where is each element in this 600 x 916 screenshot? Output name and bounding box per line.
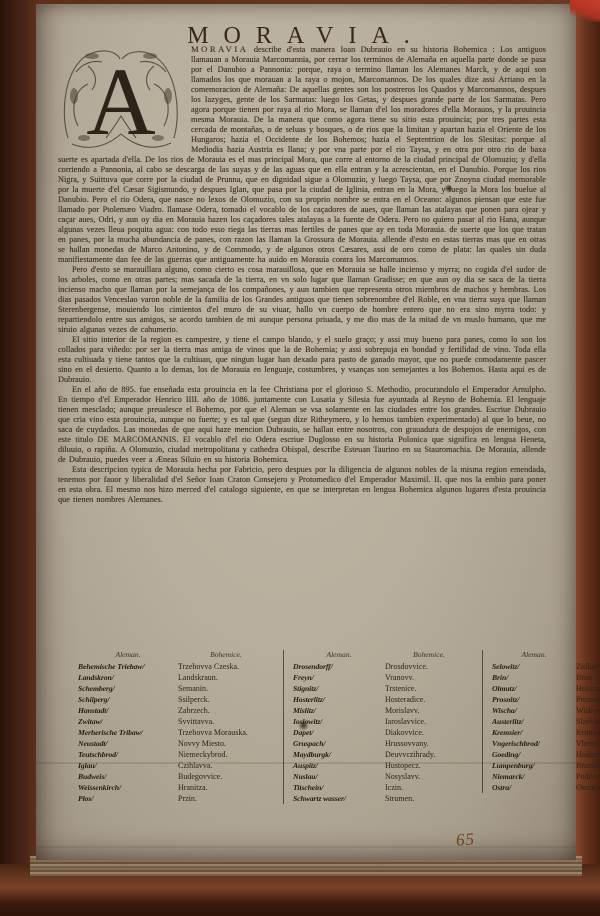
german-placename: Stignitz/ xyxy=(293,683,385,694)
table-row: Schemberg/ Semanin. xyxy=(78,683,274,694)
table-row: Nuslau/ Nosyslavv. xyxy=(293,771,473,782)
paragraph-1: A MORAVIA describe d'esta manera Ioan Du… xyxy=(58,44,546,265)
german-column-header: Aleman. xyxy=(293,650,385,659)
german-placename: Weissenkirch/ xyxy=(78,782,178,793)
table-row: Teutschbrod/ Niemeckybrod. xyxy=(78,749,274,760)
drop-cap-letter: A xyxy=(86,48,155,150)
bohemian-placename: Diakovvice. xyxy=(385,727,473,738)
table-group-2: Aleman. Bohemice. Drosendorff/ Drosdovvi… xyxy=(283,650,473,804)
bohemian-placename: Vherskybrod. xyxy=(576,738,600,749)
table-row: Mislitz/ Morislavv. xyxy=(293,705,473,716)
table-row: Drosendorff/ Drosdovvice. xyxy=(293,661,473,672)
bohemian-placename: Hodonin. xyxy=(576,749,600,760)
table-row: Landskron/ Landskraun. xyxy=(78,672,274,683)
bohemian-placename: Drosdovvice. xyxy=(385,661,473,672)
bohemian-placename: Niemeckybrod. xyxy=(178,749,274,760)
table-group-2-header: Aleman. Bohemice. xyxy=(293,650,473,659)
german-placename: Kremsier/ xyxy=(492,727,576,738)
bohemian-placename: Nosyslavv. xyxy=(385,771,473,782)
table-row: Stignitz/ Trstenice. xyxy=(293,683,473,694)
foxing-stain xyxy=(136,244,196,274)
table-row: Zwitaw/ Svvittavva. xyxy=(78,716,274,727)
bohemian-column-header: Bohemice. xyxy=(385,650,473,659)
bohemian-column-header: Bohemice. xyxy=(576,650,600,659)
german-placename: Teutschbrod/ xyxy=(78,749,178,760)
table-row: Vngerischbrod/ Vherskybrod. xyxy=(492,738,600,749)
german-placename: Ostra/ xyxy=(492,782,576,793)
body-text-block: A MORAVIA describe d'esta manera Ioan Du… xyxy=(58,44,546,644)
bohemian-placename: Svvittavva. xyxy=(178,716,274,727)
table-row: Olmutz/ Holomauc. xyxy=(492,683,600,694)
german-placename: Landskron/ xyxy=(78,672,178,683)
bohemian-placename: Ostracia. xyxy=(576,782,600,793)
german-placename: Mislitz/ xyxy=(293,705,385,716)
german-placename: Nuslau/ xyxy=(293,771,385,782)
bohemian-placename: Brno. xyxy=(576,672,600,683)
bohemian-placename: Iczin. xyxy=(385,782,473,793)
bohemian-placename: Przin. xyxy=(178,793,274,804)
table-row: Hanstadt/ Zabrzech. xyxy=(78,705,274,716)
german-placename: Zwitaw/ xyxy=(78,716,178,727)
german-placename: Plos/ xyxy=(78,793,178,804)
bohemian-placename: Semanin. xyxy=(178,683,274,694)
paragraph-5: Esta descripcion typica de Morauia hecha… xyxy=(58,465,546,505)
ink-stain xyxy=(298,720,309,731)
bohemian-placename: Vranovv. xyxy=(385,672,473,683)
table-row: Freyn/ Vranovv. xyxy=(293,672,473,683)
table-row: Gruspach/ Hrussovvany. xyxy=(293,738,473,749)
table-row: Behemische Triebaw/ Trzebovva Czeska. xyxy=(78,661,274,672)
table-row: Goeding/ Hodonin. xyxy=(492,749,600,760)
bohemian-placename: Hranitza. xyxy=(178,782,274,793)
bohemian-placename: Hosteradice. xyxy=(385,694,473,705)
book-page: MORAVIA. xyxy=(36,4,576,860)
fold-crease xyxy=(36,762,576,764)
german-placename: Brin/ xyxy=(492,672,576,683)
bohemian-placename: Podivvin. xyxy=(576,771,600,782)
ink-stain xyxy=(444,184,453,193)
german-placename: Austerlitz/ xyxy=(492,716,576,727)
table-row: Kremsier/ Kromerziz. xyxy=(492,727,600,738)
bohemian-placename: Zidlochovvice. xyxy=(576,661,600,672)
german-placename: Schemberg/ xyxy=(78,683,178,694)
table-row: Dapet/ Diakovvice. xyxy=(293,727,473,738)
german-placename: Behemische Triebaw/ xyxy=(78,661,178,672)
table-row: Merherische Tribaw/ Trzebovva Morauska. xyxy=(78,727,274,738)
german-placename: Hanstadt/ xyxy=(78,705,178,716)
fold-crease xyxy=(36,846,576,848)
table-row: Weissenkirch/ Hranitza. xyxy=(78,782,274,793)
bohemian-placename: Deuvvczihrady. xyxy=(385,749,473,760)
bohemian-placename: Novvy Miesto. xyxy=(178,738,274,749)
paragraph-2: Pero d'esto se marauillara alguno, como … xyxy=(58,265,546,335)
table-group-3: Aleman. Bohemice. Selowitz/ Zidlochovvic… xyxy=(482,650,600,793)
german-placename: Schilperg/ xyxy=(78,694,178,705)
bohemian-placename: Landskraun. xyxy=(178,672,274,683)
bohemian-placename: Kromerziz. xyxy=(576,727,600,738)
german-placename: Schwartz wasser/ xyxy=(293,793,385,804)
bohemian-placename: Brzetislavv. xyxy=(576,760,600,771)
german-placename: Hosterlitz/ xyxy=(293,694,385,705)
german-placename: Freyn/ xyxy=(293,672,385,683)
german-placename: Neustadt/ xyxy=(78,738,178,749)
german-placename: Niemarck/ xyxy=(492,771,576,782)
table-row: Maydburgk/ Deuvvczihrady. xyxy=(293,749,473,760)
german-placename: Budweis/ xyxy=(78,771,178,782)
placename-table: Aleman. Bohemice. Behemische Triebaw/ Tr… xyxy=(78,650,600,804)
table-row: Schilperg/ Ssilperck. xyxy=(78,694,274,705)
red-corner-marker xyxy=(570,0,600,22)
table-row: Niemarck/ Podivvin. xyxy=(492,771,600,782)
german-placename: Vngerischbrod/ xyxy=(492,738,576,749)
bohemian-placename: Trzebovva Morauska. xyxy=(178,727,274,738)
table-row: Brin/ Brno. xyxy=(492,672,600,683)
german-placename: Wischa/ xyxy=(492,705,576,716)
table-group-2-rows: Drosendorff/ Drosdovvice. Freyn/ Vranovv… xyxy=(293,661,473,804)
table-row: Plos/ Przin. xyxy=(78,793,274,804)
table-row: Prosnitz/ Prossegevv. xyxy=(492,694,600,705)
bohemian-placename: Strumen. xyxy=(385,793,473,804)
table-row: Titschein/ Iczin. xyxy=(293,782,473,793)
table-group-1: Aleman. Bohemice. Behemische Triebaw/ Tr… xyxy=(78,650,274,804)
german-placename: Titschein/ xyxy=(293,782,385,793)
bohemian-placename: Iaroslavvice. xyxy=(385,716,473,727)
bohemian-placename: Ssilperck. xyxy=(178,694,274,705)
table-row: Schwartz wasser/ Strumen. xyxy=(293,793,473,804)
bohemian-placename: Slavvkovv. xyxy=(576,716,600,727)
table-row: Wischa/ Wiskovv. xyxy=(492,705,600,716)
bohemian-placename: Budegovvice. xyxy=(178,771,274,782)
table-group-1-header: Aleman. Bohemice. xyxy=(78,650,274,659)
paragraph-3: El sitio interior de la region es campes… xyxy=(58,335,546,385)
bohemian-placename: Trzebovva Czeska. xyxy=(178,661,274,672)
table-row: Ioslowitz/ Iaroslavvice. xyxy=(293,716,473,727)
paragraph-1-lead-word: MORAVIA xyxy=(191,44,248,54)
table-row: Neustadt/ Novvy Miesto. xyxy=(78,738,274,749)
table-group-3-rows: Selowitz/ Zidlochovvice. Brin/ Brno. Olm… xyxy=(492,661,600,793)
german-placename: Maydburgk/ xyxy=(293,749,385,760)
german-column-header: Aleman. xyxy=(492,650,576,659)
bohemian-placename: Zabrzech. xyxy=(178,705,274,716)
table-row: Budweis/ Budegovvice. xyxy=(78,771,274,782)
bohemian-placename: Holomauc. xyxy=(576,683,600,694)
table-row: Hosterlitz/ Hosteradice. xyxy=(293,694,473,705)
german-column-header: Aleman. xyxy=(78,650,178,659)
german-placename: Selowitz/ xyxy=(492,661,576,672)
german-placename: Prosnitz/ xyxy=(492,694,576,705)
german-placename: Drosendorff/ xyxy=(293,661,385,672)
paragraph-4: En el año de 895. fue enseñada esta prou… xyxy=(58,385,546,465)
bohemian-placename: Prossegevv. xyxy=(576,694,600,705)
table-row: Ostra/ Ostracia. xyxy=(492,782,600,793)
table-group-1-rows: Behemische Triebaw/ Trzebovva Czeska. La… xyxy=(78,661,274,804)
bohemian-placename: Hrussovvany. xyxy=(385,738,473,749)
book-scan-background: MORAVIA. xyxy=(0,0,600,916)
table-row: Austerlitz/ Slavvkovv. xyxy=(492,716,600,727)
table-group-3-header: Aleman. Bohemice. xyxy=(492,650,600,659)
german-placename: Goeding/ xyxy=(492,749,576,760)
bohemian-placename: Morislavv. xyxy=(385,705,473,716)
bohemian-column-header: Bohemice. xyxy=(178,650,274,659)
table-row: Selowitz/ Zidlochovvice. xyxy=(492,661,600,672)
german-placename: Gruspach/ xyxy=(293,738,385,749)
german-placename: Olmutz/ xyxy=(492,683,576,694)
bohemian-placename: Wiskovv. xyxy=(576,705,600,716)
bohemian-placename: Trstenice. xyxy=(385,683,473,694)
german-placename: Merherische Tribaw/ xyxy=(78,727,178,738)
ornate-initial-A-woodcut: A xyxy=(58,46,184,150)
